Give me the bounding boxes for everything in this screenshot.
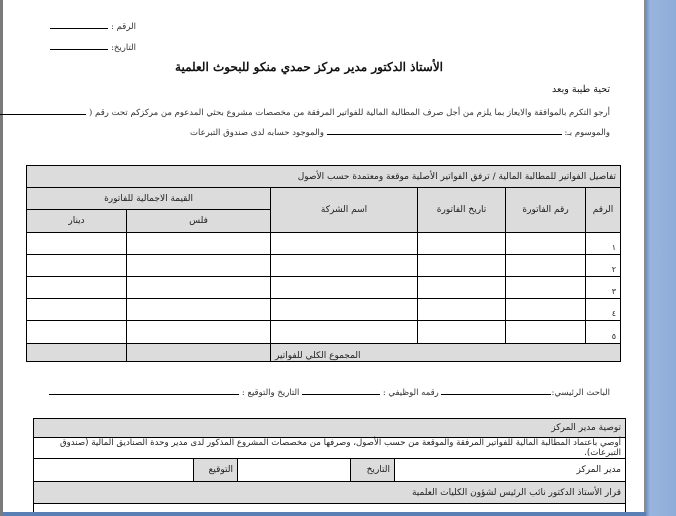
table-row: ٥ xyxy=(27,321,621,344)
company-name-cell[interactable] xyxy=(271,277,418,299)
researcher-label: الباحث الرئيسي: xyxy=(551,388,610,398)
donations-fund-text: والموجود حسابه لدى صندوق التبرعات xyxy=(190,128,324,138)
researcher-name-blank[interactable] xyxy=(441,386,551,395)
row-index: ٢ xyxy=(586,255,621,277)
project-title-blank[interactable] xyxy=(327,126,562,135)
date-signature-label: التاريخ والتوقيع : xyxy=(242,388,300,398)
fils-cell[interactable] xyxy=(127,255,271,277)
row-index: ١ xyxy=(586,233,621,255)
row-index: ٥ xyxy=(586,321,621,344)
total-fils-cell[interactable] xyxy=(127,344,271,362)
row-index: ٣ xyxy=(586,277,621,299)
invoice-date-cell[interactable] xyxy=(418,321,506,344)
project-number-blank[interactable] xyxy=(0,106,86,115)
recommendation-heading: توصية مدير المركز xyxy=(34,419,626,438)
table-row: ٤ xyxy=(27,299,621,321)
dinar-cell[interactable] xyxy=(27,299,127,321)
date-signature-blank[interactable] xyxy=(49,386,239,395)
vice-president-decision-heading: قرار الأستاذ الدكتور نائب الرئيس لشؤون ا… xyxy=(34,482,626,504)
fils-cell[interactable] xyxy=(127,299,271,321)
window-bottom-edge xyxy=(3,512,646,516)
table-row: ٢ xyxy=(27,255,621,277)
fils-cell[interactable] xyxy=(127,321,271,344)
employee-id-label: رقمه الوظيفي : xyxy=(383,388,439,398)
invoice-date-cell[interactable] xyxy=(418,233,506,255)
invoice-number-cell[interactable] xyxy=(506,277,586,299)
date-blank[interactable] xyxy=(50,41,108,50)
signature-label: التوقيع xyxy=(194,459,238,482)
total-label: المجموع الكلي للفواتير xyxy=(271,344,621,362)
titled-label: والموسوم بـ: xyxy=(564,128,610,138)
dinar-cell[interactable] xyxy=(27,277,127,299)
number-label: الرقم : xyxy=(111,22,136,32)
request-paragraph-line1: أرجو التكرم بالموافقة والايعاز بما يلزم … xyxy=(0,106,610,118)
fils-cell[interactable] xyxy=(127,233,271,255)
header-invoice-number: رقم الفاتورة xyxy=(506,188,586,233)
dinar-cell[interactable] xyxy=(27,233,127,255)
invoice-date-cell[interactable] xyxy=(418,255,506,277)
recommendation-text: أوصي باعتماد المطالبة المالية للفواتير ا… xyxy=(34,438,626,459)
signature-cell[interactable] xyxy=(34,459,194,482)
director-recommendation-table: توصية مدير المركز أوصي باعتماد المطالبة … xyxy=(33,418,626,516)
company-name-cell[interactable] xyxy=(271,255,418,277)
invoice-number-cell[interactable] xyxy=(506,299,586,321)
header-index: الرقم xyxy=(586,188,621,233)
total-dinar-cell[interactable] xyxy=(27,344,127,362)
invoice-number-cell[interactable] xyxy=(506,233,586,255)
number-field[interactable]: الرقم : xyxy=(50,20,136,32)
row-index: ٤ xyxy=(586,299,621,321)
company-name-cell[interactable] xyxy=(271,233,418,255)
header-fils: فلس xyxy=(127,210,271,233)
table-row: ١ xyxy=(27,233,621,255)
greeting: تحية طيبة وبعد xyxy=(552,84,610,95)
invoice-number-cell[interactable] xyxy=(506,321,586,344)
dinar-cell[interactable] xyxy=(27,321,127,344)
company-name-cell[interactable] xyxy=(271,299,418,321)
employee-id-blank[interactable] xyxy=(302,386,380,395)
letter-title: الأستاذ الدكتور مدير مركز حمدي منكو للبح… xyxy=(175,60,443,74)
invoice-date-cell[interactable] xyxy=(418,277,506,299)
invoice-date-cell[interactable] xyxy=(418,299,506,321)
director-label: مدير المركز xyxy=(395,459,626,482)
request-paragraph-line2: والموسوم بـ: والموجود حسابه لدى صندوق ال… xyxy=(190,126,610,138)
number-blank[interactable] xyxy=(50,20,108,29)
date-label: التاريخ: xyxy=(111,43,136,53)
date-cell[interactable] xyxy=(238,459,351,482)
document-background-right xyxy=(646,0,676,516)
table-row: ٣ xyxy=(27,277,621,299)
invoice-table-caption: تفاصيل الفواتير للمطالبة المالية / ترفق … xyxy=(27,166,621,188)
header-total-value: القيمة الاجمالية للفاتورة xyxy=(27,188,271,210)
fils-cell[interactable] xyxy=(127,277,271,299)
researcher-signature-line: الباحث الرئيسي: رقمه الوظيفي : التاريخ و… xyxy=(49,386,610,398)
dinar-cell[interactable] xyxy=(27,255,127,277)
date-label: التاريخ xyxy=(351,459,395,482)
header-dinar: دينار xyxy=(27,210,127,233)
invoice-number-cell[interactable] xyxy=(506,255,586,277)
company-name-cell[interactable] xyxy=(271,321,418,344)
header-company-name: اسم الشركة xyxy=(271,188,418,233)
request-text: أرجو التكرم بالموافقة والايعاز بما يلزم … xyxy=(89,108,610,118)
invoice-details-table: تفاصيل الفواتير للمطالبة المالية / ترفق … xyxy=(26,165,621,362)
header-invoice-date: تاريخ الفاتورة xyxy=(418,188,506,233)
date-field[interactable]: التاريخ: xyxy=(50,41,136,53)
